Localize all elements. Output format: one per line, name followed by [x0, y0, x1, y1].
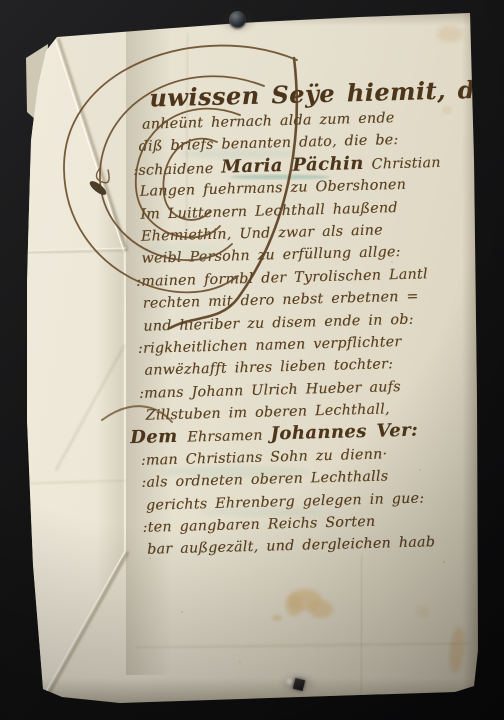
photograph-stage: uwissen Seÿe hiemit, dasanheünt hernach …: [0, 0, 504, 720]
manuscript-page: uwissen Seÿe hiemit, dasanheünt hernach …: [0, 0, 504, 720]
stain: [272, 26, 466, 674]
calligraphic-flourish-initial: [64, 46, 297, 422]
ink-showthrough: [140, 149, 330, 517]
ink-and-crease-overlay: [0, 0, 504, 720]
push-pin: [229, 11, 246, 28]
fold-creases: [28, 34, 470, 696]
